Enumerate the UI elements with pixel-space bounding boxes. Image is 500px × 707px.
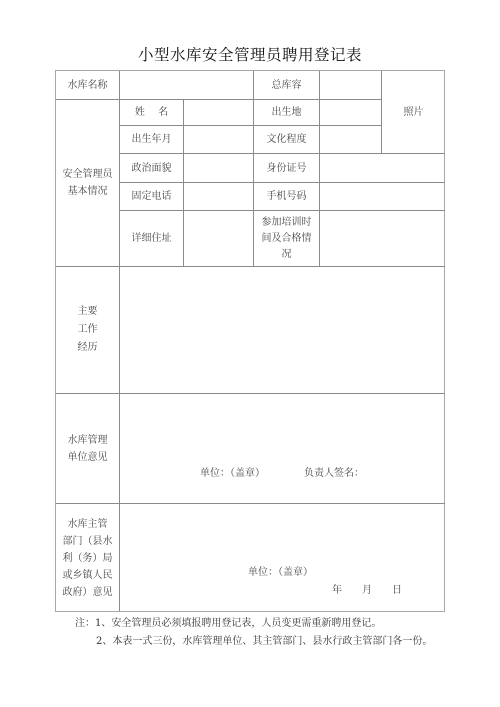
address-label: 详细住址 (120, 211, 184, 267)
management-opinion-field[interactable]: 单位：（盖章） 负责人签名： (120, 394, 445, 504)
landline-field[interactable] (184, 183, 254, 211)
birthplace-field[interactable] (320, 100, 382, 126)
work-history-label: 主要 工作 经历 (56, 267, 120, 394)
education-label: 文化程度 (254, 126, 320, 154)
authority-opinion-field[interactable]: 单位：（盖章） 年 月 日 (120, 504, 445, 611)
name-label-text: 姓 名 (135, 104, 168, 121)
authority-date: 年 月 日 (332, 582, 402, 599)
id-number-label-text: 身份证号 (267, 160, 307, 177)
education-field[interactable] (320, 126, 382, 154)
basic-info-label: 安全管理员 基本情况 (56, 100, 120, 267)
registration-table: 水库名称 总库容 照片 安全管理员 基本情况 姓 名 出生地 出生年月 文化程度… (55, 70, 445, 612)
mobile-label-text: 手机号码 (267, 188, 307, 205)
address-field[interactable] (184, 211, 254, 267)
management-unit-seal: 单位：（盖章） (200, 465, 265, 482)
note-line-2: 2、本表一式三份，水库管理单位、其主管部门、县水行政主管部门各一份。 (96, 632, 432, 647)
political-status-label-text: 政治面貌 (132, 160, 172, 177)
work-history-label-text: 主要 工作 经历 (78, 303, 98, 357)
authority-opinion-label: 水库主管 部门（县水 利（务）局 或乡镇人民 政府）意见 (56, 504, 120, 611)
total-capacity-label-text: 总库容 (272, 77, 302, 94)
photo-label: 照片 (404, 104, 424, 121)
training-field[interactable] (320, 211, 445, 267)
landline-label: 固定电话 (120, 183, 184, 211)
management-opinion-label-text: 水库管理 单位意见 (68, 432, 108, 466)
total-capacity-label: 总库容 (254, 71, 320, 100)
note-line-1: 注：1、安全管理员必须填报聘用登记表，人员变更需重新聘用登记。 (75, 614, 381, 629)
address-label-text: 详细住址 (132, 230, 172, 247)
authority-opinion-label-text: 水库主管 部门（县水 利（务）局 或乡镇人民 政府）意见 (63, 516, 113, 601)
mobile-field[interactable] (320, 183, 445, 211)
mobile-label: 手机号码 (254, 183, 320, 211)
id-number-label: 身份证号 (254, 154, 320, 183)
training-label: 参加培训时 间及合格情 况 (254, 211, 320, 267)
management-signature: 负责人签名： (304, 465, 364, 482)
photo-box[interactable]: 照片 (382, 71, 445, 154)
birthplace-label: 出生地 (254, 100, 320, 126)
name-field[interactable] (184, 100, 254, 126)
training-label-text: 参加培训时 间及合格情 况 (262, 215, 312, 263)
political-status-field[interactable] (184, 154, 254, 183)
reservoir-name-label-text: 水库名称 (68, 77, 108, 94)
authority-unit-seal: 单位：（盖章） (248, 564, 313, 581)
form-title: 小型水库安全管理员聘用登记表 (0, 43, 500, 65)
birth-date-label-text: 出生年月 (132, 131, 172, 148)
work-history-field[interactable] (120, 267, 445, 394)
management-opinion-label: 水库管理 单位意见 (56, 394, 120, 504)
basic-info-label-text: 安全管理员 基本情况 (63, 166, 113, 200)
landline-label-text: 固定电话 (132, 188, 172, 205)
political-status-label: 政治面貌 (120, 154, 184, 183)
name-label: 姓 名 (120, 100, 184, 126)
birth-date-label: 出生年月 (120, 126, 184, 154)
reservoir-name-label: 水库名称 (56, 71, 120, 100)
reservoir-name-field[interactable] (120, 71, 254, 100)
birth-date-field[interactable] (184, 126, 254, 154)
id-number-field[interactable] (320, 154, 445, 183)
birthplace-label-text: 出生地 (272, 104, 302, 121)
total-capacity-field[interactable] (320, 71, 382, 100)
education-label-text: 文化程度 (267, 131, 307, 148)
